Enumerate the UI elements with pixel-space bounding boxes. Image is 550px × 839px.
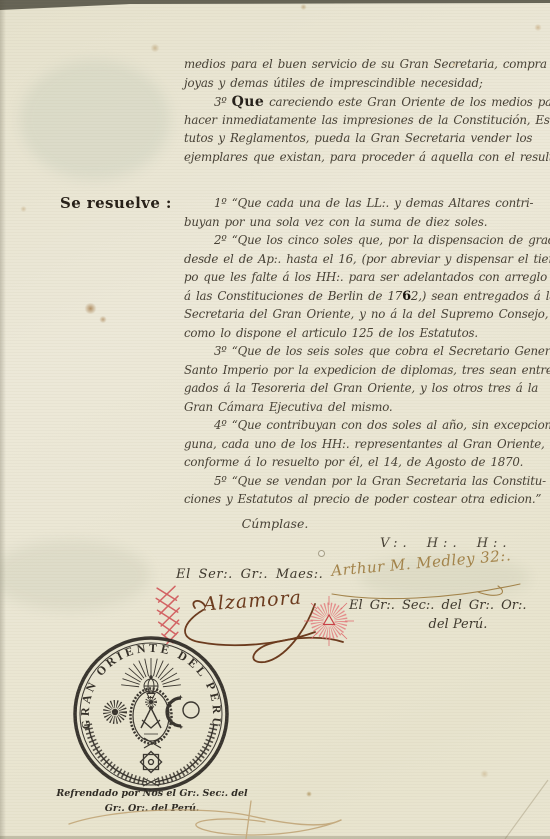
seal-sun-icon: [107, 704, 123, 720]
text-line: 2º “Que los cinco soles que, por la disp…: [184, 233, 524, 252]
paper-top-edge: [0, 0, 550, 12]
foxing-spot: [534, 24, 542, 31]
text-line: conforme á lo resuelto por él, el 14, de…: [184, 455, 524, 474]
text-line: 5º “Que se vendan por la Gran Secretaria…: [184, 474, 524, 493]
seal-star-icon: [140, 751, 161, 772]
paragraph-gap: [184, 168, 524, 196]
text-line: hacer inmediatamente las impresiones de …: [184, 113, 524, 132]
text-line: medios para el buen servicio de su Gran …: [184, 57, 524, 76]
cumplase-line: Cúmplase.: [205, 516, 345, 531]
grand-master-signature: Arthur M. Medley 32:.: [331, 546, 512, 580]
text-line: guna, cada uno de los HH:. representante…: [184, 437, 524, 456]
foxing-spot: [306, 791, 312, 797]
paper-stain: [0, 540, 150, 610]
text-line: desde el de Ap:. hasta el 16, (por abrev…: [184, 252, 524, 271]
foxing-spot: [84, 303, 97, 314]
text-line: 1º “Que cada una de las LL:. y demas Alt…: [184, 196, 524, 215]
foxing-spot: [150, 44, 160, 52]
foxing-spot: [480, 770, 489, 778]
text-line: como lo dispone el articulo 125 de los E…: [184, 326, 524, 345]
masonic-seal: GRAN ORIENTE DEL PERU: [71, 634, 231, 794]
text-line: 4º “Que contribuyan con dos soles al año…: [184, 418, 524, 437]
foxing-spot: [20, 206, 27, 212]
item-number: 3º: [214, 95, 227, 109]
seal-globe-icon: [144, 676, 158, 698]
secretary-label-line2: del Perú.: [398, 617, 518, 632]
paper-crease: [495, 770, 550, 839]
paper-stain: [20, 60, 170, 180]
text-line: buyan por una sola vez con la suma de di…: [184, 215, 524, 234]
text-line: gados á la Tesoreria del Gran Oriente, y…: [184, 381, 524, 400]
text-line: ciones y Estatutos al precio de poder co…: [184, 492, 524, 511]
foxing-spot: [99, 316, 107, 323]
seal-glory-icon: [121, 658, 181, 687]
handwritten-correction: 6: [402, 289, 411, 304]
body-text: medios para el buen servicio de su Gran …: [184, 57, 524, 511]
secretary-label-line1: El Gr:. Sec:. del Gr:. Or:.: [349, 598, 526, 613]
text-line: á las Constituciones de Berlin de 1762,)…: [184, 289, 524, 308]
paper-left-edge: [0, 0, 6, 839]
text-line: Secretaria del Gran Oriente, y no á la d…: [184, 307, 524, 326]
text-line: ejemplares que existan, para proceder á …: [184, 150, 524, 169]
grand-master-label: El Ser:. Gr:. Maes:.: [176, 567, 323, 582]
text-line: Gran Cámara Ejecutiva del mismo.: [184, 400, 524, 419]
red-starburst-seal: [303, 595, 355, 647]
foxing-spot: [300, 4, 307, 10]
text-line: tutos y Reglamentos, pueda la Gran Secre…: [184, 131, 524, 150]
ink-flourish-rubric: [55, 798, 355, 839]
document-page: medios para el buen servicio de su Gran …: [0, 0, 550, 839]
text-line: joyas y demas útiles de imprescindible n…: [184, 76, 524, 95]
text-line: 3ºQuecareciendo este Gran Oriente de los…: [184, 94, 524, 113]
que-blackletter: Que: [232, 94, 264, 110]
pinhole-mark: [319, 551, 324, 556]
seal-square-compass-icon: [131, 689, 172, 749]
text-line: Santo Imperio por la expedicion de diplo…: [184, 363, 524, 382]
text-line: po que les falte á los HH:. para ser ade…: [184, 270, 524, 289]
text-line: 3º “Que de los seis soles que cobra el S…: [184, 344, 524, 363]
se-resuelve-heading: Se resuelve :: [60, 194, 172, 212]
